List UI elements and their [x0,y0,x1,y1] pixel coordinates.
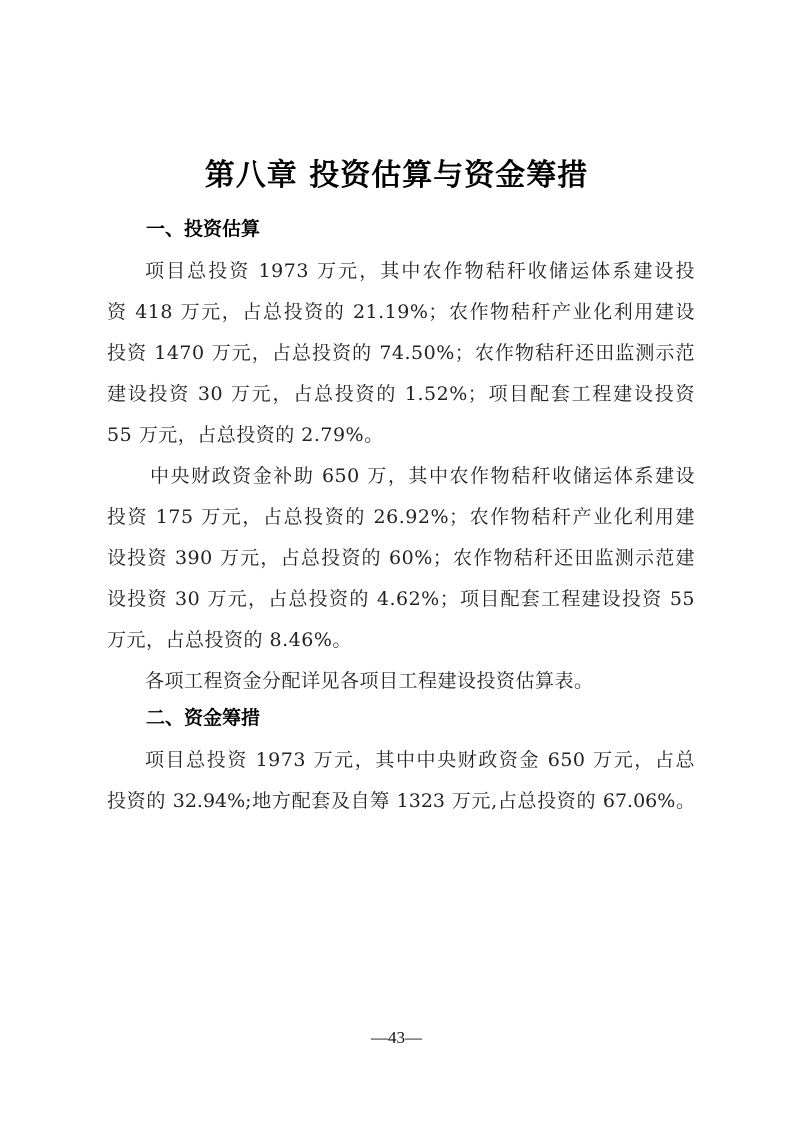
chapter-title: 第八章 投资估算与资金筹措 [0,150,793,194]
section-heading-fund-raising: 二、资金筹措 [146,703,260,730]
page-number: —43— [0,1028,793,1048]
section-heading-investment-estimate: 一、投资估算 [146,214,260,241]
paragraph-line: 投资的 32.94%;地方配套及自筹 1323 万元,占总投资的 67.06%。 [107,786,695,813]
paragraph-line: 万元，占总投资的 8.46%。 [107,625,695,652]
paragraph-line: 投资 1470 万元，占总投资的 74.50%；农作物秸秆还田监测示范 [107,338,695,365]
paragraph-line: 各项工程资金分配详见各项目工程建设投资估算表。 [145,666,695,693]
document-page: 第八章 投资估算与资金筹措 一、投资估算 项目总投资 1973 万元，其中农作物… [0,0,793,1122]
paragraph-line: 投资 175 万元，占总投资的 26.92%；农作物秸秆产业化利用建 [107,502,695,529]
paragraph-line: 55 万元，占总投资的 2.79%。 [107,420,695,447]
paragraph-line: 项目总投资 1973 万元，其中农作物秸秆收储运体系建设投 [145,256,695,283]
paragraph-line: 设投资 390 万元，占总投资的 60%；农作物秸秆还田监测示范建 [107,543,695,570]
paragraph-line: 资 418 万元，占总投资的 21.19%；农作物秸秆产业化利用建设 [107,297,695,324]
paragraph-line: 项目总投资 1973 万元，其中中央财政资金 650 万元，占总 [145,745,695,772]
paragraph-line: 建设投资 30 万元，占总投资的 1.52%；项目配套工程建设投资 [107,379,695,406]
paragraph-line: 中央财政资金补助 650 万，其中农作物秸秆收储运体系建设 [150,461,695,488]
paragraph-line: 设投资 30 万元，占总投资的 4.62%；项目配套工程建设投资 55 [107,584,695,611]
